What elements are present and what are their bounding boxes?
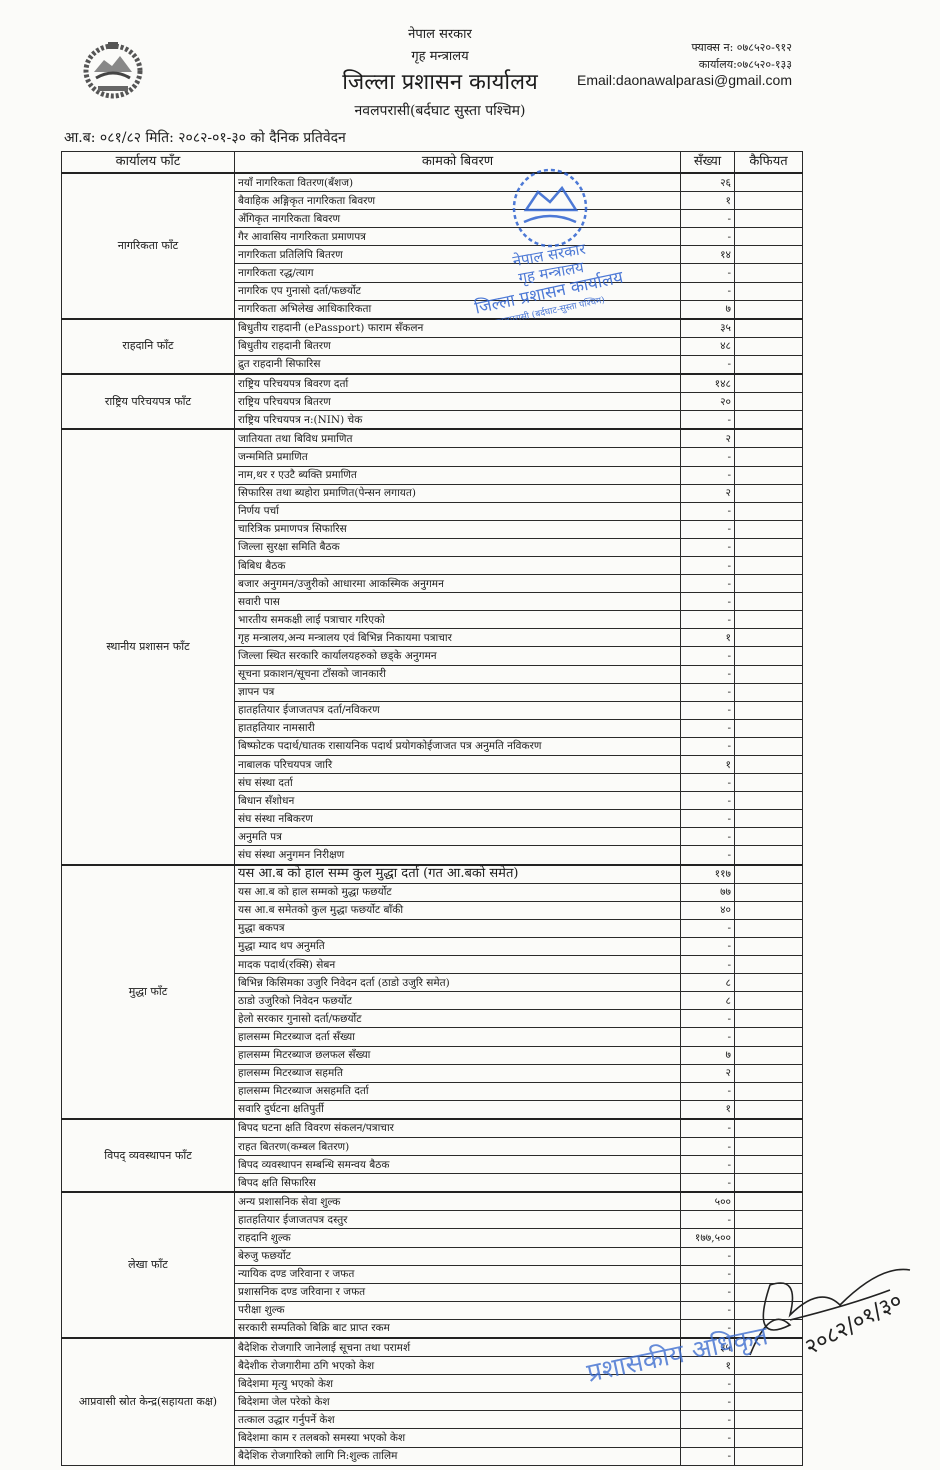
work-description: नाबालक परिचयपत्र जारि [235,756,681,774]
work-description: राष्ट्रिय परिचयपत्र न:(NIN) चेक [235,411,681,430]
remarks-cell [735,1137,803,1155]
count-value: - [681,1319,735,1338]
count-value: - [681,448,735,466]
count-value: - [681,1119,735,1138]
count-value: - [681,411,735,430]
remarks-cell [735,1010,803,1028]
work-description: अँगिकृत नागरिकता बिवरण [235,210,681,228]
count-value: - [681,264,735,282]
count-value: १ [681,192,735,210]
remarks-cell [735,1338,803,1357]
work-description: तत्काल उद्धार गर्नुपर्ने केश [235,1411,681,1429]
daily-report-table: कार्यालय फाँट कामको बिवरण सँख्या कैफियत … [61,151,803,1466]
work-description: राहत बितरण(कम्बल बितरण) [235,1137,681,1155]
count-value: - [681,665,735,683]
count-value: - [681,956,735,974]
count-value: - [681,1137,735,1155]
header-office-section: कार्यालय फाँट [62,152,235,174]
remarks-cell [735,883,803,901]
count-value: ७७ [681,883,735,901]
work-description: नयाँ नागरिकता वितरण(बँशज) [235,173,681,192]
section-name: स्थानीय प्रशासन फाँट [62,429,235,864]
work-description: हेलो सरकार गुनासो दर्ता/फछर्योट [235,1010,681,1028]
district-name: नवलपरासी(बर्दघाट सुस्ता पश्चिम) [240,101,640,120]
count-value: - [681,593,735,611]
work-description: मुद्धा म्याद थप अनुमति [235,937,681,955]
work-description: मुद्धा बकपत्र [235,919,681,937]
count-value: - [681,810,735,828]
remarks-cell [735,774,803,792]
table-row: लेखा फाँटअन्य प्रशासनिक सेवा शुल्क५०० [62,1192,803,1211]
work-description: बैदेशिक रोजगारिको लागि नि:शुल्क तालिम [235,1447,681,1465]
count-value: - [681,1028,735,1046]
remarks-cell [735,210,803,228]
remarks-cell [735,1265,803,1283]
remarks-cell [735,228,803,246]
work-description: हालसम्म मिटरब्याज छलफल सँख्या [235,1046,681,1064]
fax-number: फ्याक्स न: ०७८५२०-९१२ [691,40,792,55]
work-description: नागरिक एप गुनासो दर्ता/फछर्योट [235,282,681,300]
table-row: स्थानीय प्रशासन फाँटजातियता तथा बिविध प्… [62,429,803,448]
work-description: बिधान सँशोधन [235,792,681,810]
work-description: नागरिकता रद्ध/त्याग [235,264,681,282]
remarks-cell [735,1301,803,1319]
remarks-cell [735,173,803,192]
count-value: १ [681,1357,735,1375]
work-description: बजार अनुगमन/उजुरीको आधारमा आकस्मिक अनुगम… [235,575,681,593]
remarks-cell [735,502,803,520]
remarks-cell [735,429,803,448]
count-value: ३५ [681,1338,735,1357]
count-value: - [681,611,735,629]
section-name: लेखा फाँट [62,1192,235,1338]
work-description: बिधुतीय राहदानी (ePassport) फाराम सँकलन [235,319,681,338]
work-description: हातहतियार ईजाजतपत्र दर्ता/नविकरण [235,701,681,719]
table-row: आप्रवासी स्रोत केन्द्र(सहायता कक्ष)बैदेश… [62,1338,803,1357]
work-description: राष्ट्रिय परिचयपत्र बितरण [235,393,681,411]
count-value: - [681,556,735,574]
remarks-cell [735,484,803,502]
remarks-cell [735,1429,803,1447]
remarks-cell [735,792,803,810]
remarks-cell [735,355,803,374]
table-header-row: कार्यालय फाँट कामको बिवरण सँख्या कैफियत [62,152,803,174]
work-description: बैदेशीक रोजगारीमा ठगि भएको केश [235,1357,681,1375]
count-value: ८ [681,992,735,1010]
work-description: नाम,थर र एउटै ब्यक्ति प्रमाणित [235,466,681,484]
count-value: - [681,1174,735,1193]
work-description: हालसम्म मिटरब्याज दर्ता सँख्या [235,1028,681,1046]
work-description: गृह मन्त्रालय,अन्य मन्त्रालय एवं बिभिन्न… [235,629,681,647]
work-description: चारित्रिक प्रमाणपत्र सिफारिस [235,520,681,538]
remarks-cell [735,282,803,300]
count-value: - [681,210,735,228]
count-value: २ [681,484,735,502]
remarks-cell [735,719,803,737]
section-name: आप्रवासी स्रोत केन्द्र(सहायता कक्ष) [62,1338,235,1465]
work-description: बिभिन्न किसिमका उजुरि निवेदन दर्ता (ठाडो… [235,974,681,992]
section-name: विपद् व्यवस्थापन फाँट [62,1119,235,1192]
work-description: नागरिकता अभिलेख आधिकारिकता [235,300,681,319]
table-row: राहदानि फाँटबिधुतीय राहदानी (ePassport) … [62,319,803,338]
count-value: १ [681,629,735,647]
remarks-cell [735,919,803,937]
remarks-cell [735,1283,803,1301]
count-value: - [681,1265,735,1283]
work-description: बिपद व्यवस्थापन सम्बन्धि समन्वय बैठक [235,1156,681,1174]
work-description: बिपद घटना क्षति विवरण संकलन/पत्राचार [235,1119,681,1138]
remarks-cell [735,556,803,574]
work-description: संघ संस्था दर्ता [235,774,681,792]
count-value: २६ [681,173,735,192]
report-title: आ.ब: ०८१/८२ मिति: २०८२-०१-३० को दैनिक प्… [64,128,346,147]
table-row: नागरिकता फाँटनयाँ नागरिकता वितरण(बँशज)२६ [62,173,803,192]
work-description: बिदेशमा काम र तलबको समस्या भएको केश [235,1429,681,1447]
header-remarks: कैफियत [735,152,803,174]
remarks-cell [735,448,803,466]
header-count: सँख्या [681,152,735,174]
work-description: ज्ञापन पत्र [235,683,681,701]
count-value: - [681,538,735,556]
count-value: - [681,937,735,955]
count-value: - [681,1301,735,1319]
table-row: राष्ट्रिय परिचयपत्र फाँटराष्ट्रिय परिचयप… [62,374,803,393]
count-value: - [681,1375,735,1393]
work-description: सरकारी सम्पतिको बिक्रि बाट प्राप्त रकम [235,1319,681,1338]
work-description: बिदेशमा जेल परेको केश [235,1393,681,1411]
remarks-cell [735,846,803,865]
work-description: बिधुतीय राहदानी बितरण [235,337,681,355]
remarks-cell [735,300,803,319]
table-row: विपद् व्यवस्थापन फाँटबिपद घटना क्षति विव… [62,1119,803,1138]
count-value: - [681,1393,735,1411]
work-description: यस आ.ब को हाल सम्मको मुद्धा फछर्योट [235,883,681,901]
remarks-cell [735,1375,803,1393]
remarks-cell [735,319,803,338]
work-description: संघ संस्था अनुगमन निरीक्षण [235,846,681,865]
work-description: द्रुत राहदानी सिफारिस [235,355,681,374]
count-value: ५०० [681,1192,735,1211]
remarks-cell [735,411,803,430]
remarks-cell [735,974,803,992]
work-description: जातियता तथा बिविध प्रमाणित [235,429,681,448]
count-value: ८ [681,974,735,992]
work-description: हातहतियार नामसारी [235,719,681,737]
remarks-cell [735,1411,803,1429]
remarks-cell [735,1100,803,1119]
work-description: प्रशासनिक दण्ड जरिवाना र जफत [235,1283,681,1301]
work-description: सवारी पास [235,593,681,611]
section-name: राष्ट्रिय परिचयपत्र फाँट [62,374,235,429]
office-phone: कार्यालय:०७८५२०-१३३ [699,57,792,72]
count-value: - [681,1447,735,1465]
remarks-cell [735,1156,803,1174]
work-description: हातहतियार ईजाजतपत्र दस्तुर [235,1211,681,1229]
remarks-cell [735,647,803,665]
count-value: ३५ [681,319,735,338]
work-description: परीक्षा शुल्क [235,1301,681,1319]
work-description: अनुमति पत्र [235,828,681,846]
work-description: हालसम्म मिटरब्याज असहमति दर्ता [235,1082,681,1100]
remarks-cell [735,538,803,556]
remarks-cell [735,956,803,974]
count-value: - [681,1010,735,1028]
ministry-name: गृह मन्त्रालय [240,46,640,64]
count-value: - [681,647,735,665]
remarks-cell [735,520,803,538]
count-value: - [681,282,735,300]
count-value: - [681,1156,735,1174]
count-value: २० [681,393,735,411]
work-description: सवारि दुर्घटना क्षतिपुर्ती [235,1100,681,1119]
remarks-cell [735,1357,803,1375]
remarks-cell [735,337,803,355]
count-value: - [681,1247,735,1265]
remarks-cell [735,1229,803,1247]
count-value: ७ [681,300,735,319]
remarks-cell [735,466,803,484]
remarks-cell [735,192,803,210]
count-value: १ [681,1100,735,1119]
section-name: राहदानि फाँट [62,319,235,374]
remarks-cell [735,593,803,611]
count-value: - [681,1283,735,1301]
count-value: - [681,520,735,538]
work-description: न्यायिक दण्ड जरिवाना र जफत [235,1265,681,1283]
count-value: ४८ [681,337,735,355]
count-value: - [681,228,735,246]
remarks-cell [735,1447,803,1465]
government-emblem-icon [80,38,146,100]
work-description: अन्य प्रशासनिक सेवा शुल्क [235,1192,681,1211]
count-value: - [681,466,735,484]
header-work-description: कामको बिवरण [235,152,681,174]
remarks-cell [735,393,803,411]
section-name: नागरिकता फाँट [62,173,235,319]
count-value: - [681,575,735,593]
count-value: - [681,846,735,865]
remarks-cell [735,246,803,264]
remarks-cell [735,611,803,629]
remarks-cell [735,1046,803,1064]
count-value: - [681,919,735,937]
count-value: २ [681,1064,735,1082]
remarks-cell [735,264,803,282]
remarks-cell [735,1119,803,1138]
work-description: बिबिध बैठक [235,556,681,574]
count-value: - [681,828,735,846]
count-value: ११७ [681,865,735,884]
remarks-cell [735,737,803,755]
remarks-cell [735,937,803,955]
work-description: बिदेशमा मृत्यु भएको केश [235,1375,681,1393]
government-name: नेपाल सरकार [240,24,640,42]
count-value: - [681,1411,735,1429]
work-description: बिपद क्षति सिफारिस [235,1174,681,1193]
work-description: जिल्ला सुरक्षा समिति बैठक [235,538,681,556]
work-description: राष्ट्रिय परिचयपत्र बिवरण दर्ता [235,374,681,393]
work-description: सिफारिस तथा ब्यहोरा प्रमाणित(पेन्सन लगाय… [235,484,681,502]
count-value: - [681,719,735,737]
work-description: निर्णय पर्चा [235,502,681,520]
work-description: मादक पदार्थ(रक्सि) सेबन [235,956,681,974]
svg-text:२०८२/०१/३०: २०८२/०१/३० [801,1288,907,1360]
count-value: ७ [681,1046,735,1064]
remarks-cell [735,1028,803,1046]
count-value: - [681,701,735,719]
count-value: - [681,737,735,755]
work-description: यस आ.ब को हाल सम्म कुल मुद्धा दर्ता (गत … [235,865,681,884]
remarks-cell [735,1174,803,1193]
count-value: - [681,355,735,374]
work-description: जिल्ला स्थित सरकारि कार्यालयहरुको छड्के … [235,647,681,665]
work-description: हालसम्म मिटरब्याज सहमति [235,1064,681,1082]
work-description: राहदानि शुल्क [235,1229,681,1247]
count-value: १ [681,756,735,774]
count-value: - [681,1429,735,1447]
work-description: भारतीय समकक्षी लाई पत्राचार गरिएको [235,611,681,629]
table-body: नागरिकता फाँटनयाँ नागरिकता वितरण(बँशज)२६… [62,173,803,1465]
work-description: संघ संस्था नबिकरण [235,810,681,828]
remarks-cell [735,629,803,647]
work-description: बिष्फोटक पदार्थ/घातक रासायनिक पदार्थ प्र… [235,737,681,755]
count-value: - [681,683,735,701]
remarks-cell [735,374,803,393]
count-value: - [681,792,735,810]
count-value: १४ [681,246,735,264]
remarks-cell [735,1247,803,1265]
work-description: ठाडो उजुरिको निवेदन फछर्योट [235,992,681,1010]
work-description: सूचना प्रकाशन/सूचना टाँसको जानकारी [235,665,681,683]
work-description: बेरुजु फछर्योट [235,1247,681,1265]
work-description: गैर आवासिय नागरिकता प्रमाणपत्र [235,228,681,246]
remarks-cell [735,575,803,593]
work-description: बैवाहिक अङ्गिकृत नागरिकता बिवरण [235,192,681,210]
remarks-cell [735,701,803,719]
remarks-cell [735,665,803,683]
email-address: Email:daonawalparasi@gmail.com [577,72,792,88]
count-value: - [681,1082,735,1100]
remarks-cell [735,683,803,701]
count-value: ४० [681,901,735,919]
count-value: - [681,1211,735,1229]
count-value: १४८ [681,374,735,393]
table-row: मुद्धा फाँटयस आ.ब को हाल सम्म कुल मुद्धा… [62,865,803,884]
section-name: मुद्धा फाँट [62,865,235,1119]
remarks-cell [735,1192,803,1211]
work-description: यस आ.ब समेतको कुल मुद्धा फछर्योट बाँकी [235,901,681,919]
remarks-cell [735,810,803,828]
work-description: बैदेशिक रोजगारि जानेलाई सूचना तथा परामर्… [235,1338,681,1357]
remarks-cell [735,1211,803,1229]
remarks-cell [735,992,803,1010]
count-value: - [681,774,735,792]
remarks-cell [735,1082,803,1100]
work-description: नागरिकता प्रतिलिपि बितरण [235,246,681,264]
work-description: जन्ममिति प्रमाणित [235,448,681,466]
remarks-cell [735,1064,803,1082]
remarks-cell [735,901,803,919]
remarks-cell [735,1319,803,1338]
remarks-cell [735,865,803,884]
count-value: - [681,502,735,520]
remarks-cell [735,756,803,774]
count-value: २ [681,429,735,448]
remarks-cell [735,1393,803,1411]
remarks-cell [735,828,803,846]
count-value: १७७,५०० [681,1229,735,1247]
